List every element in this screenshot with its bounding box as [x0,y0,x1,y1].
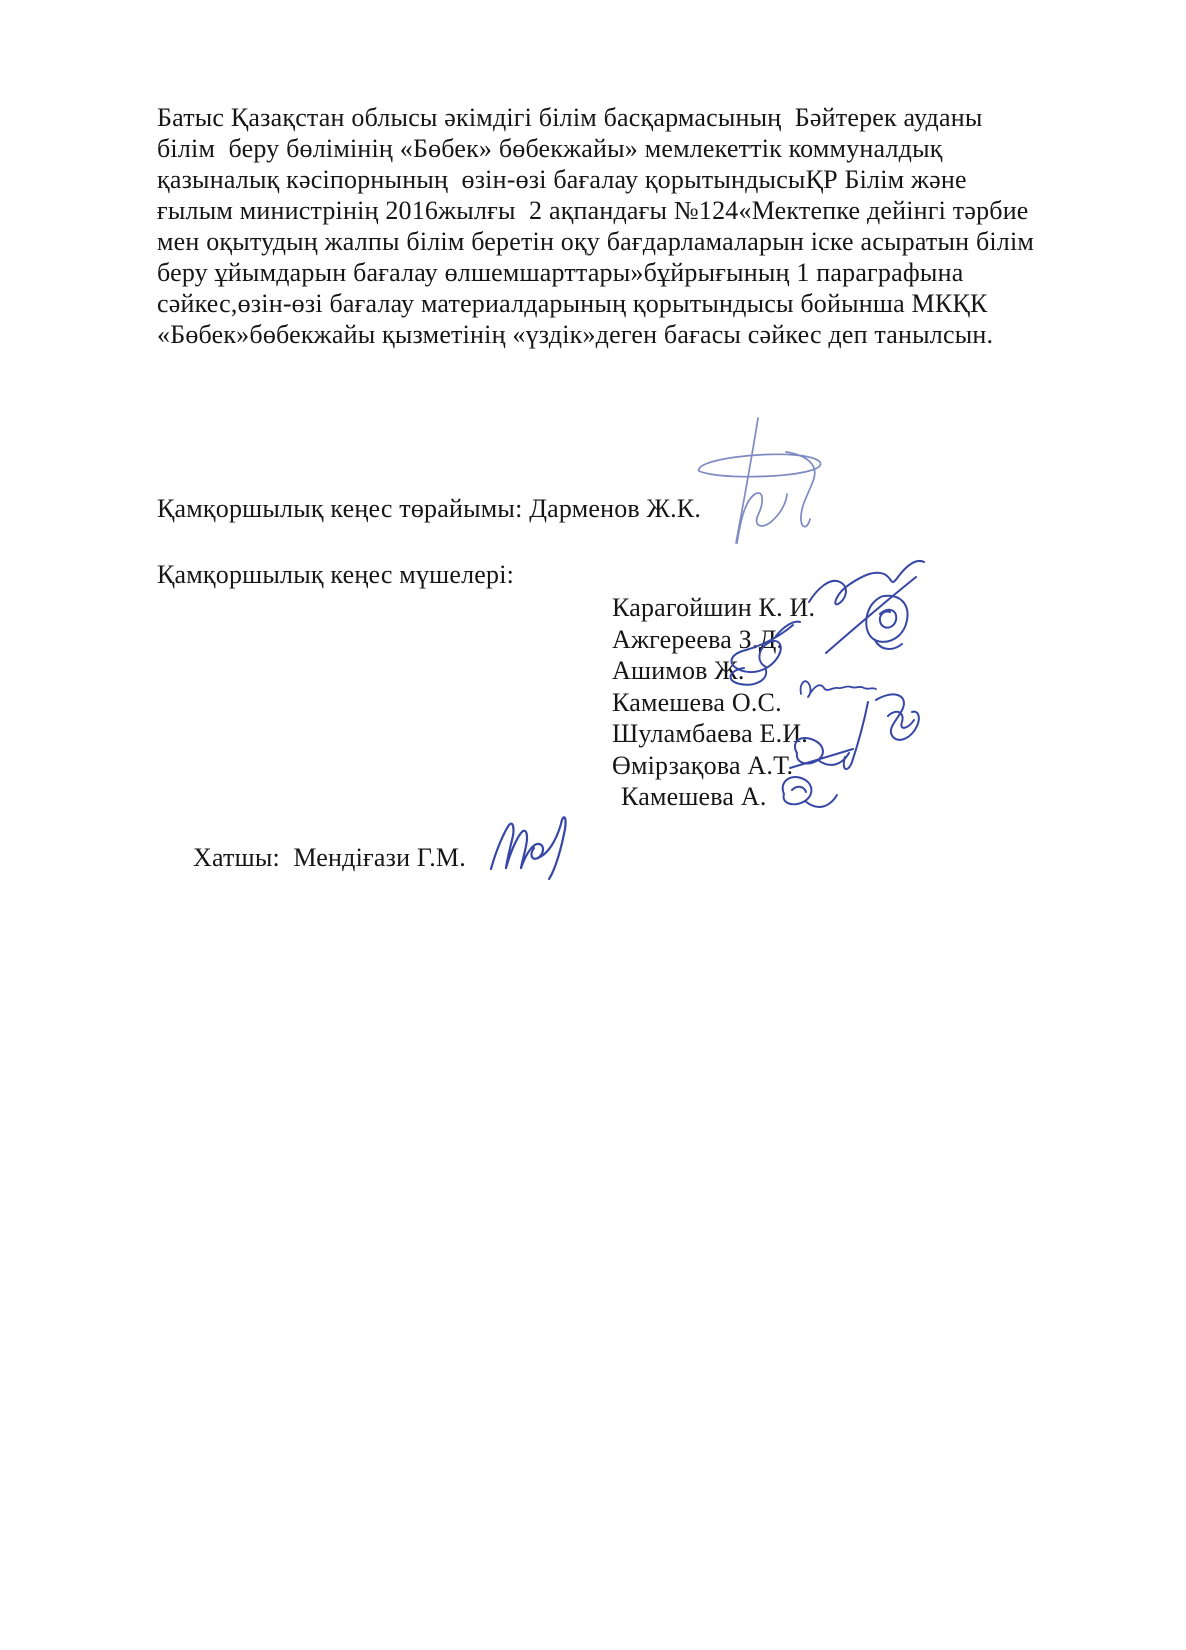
member-name: Камешева О.С. [612,687,815,719]
paragraph-line: беру ұйымдарын бағалау өлшемшарттары»бұй… [157,257,1147,288]
signature-karagoyshin-stroke-icon [826,577,916,653]
signature-mendigazy-stroke-icon [491,824,513,869]
paragraph-line: ғылым министрінің 2016жылғы 2 ақпандағы … [157,195,1147,226]
signature-mendigazy-stroke-icon [521,844,543,868]
signature-karagoyshin-stroke-icon [809,561,924,604]
signature-darmenov-stroke-icon [698,454,820,476]
main-paragraph: Батыс Қазақстан облысы әкімдігі білім ба… [157,102,1147,350]
member-name: Карагойшин К. И. [612,592,815,624]
paragraph-line: білім беру бөлімінің «Бөбек» бөбекжайы» … [157,133,1147,164]
signature-shulambayeva-stroke-icon [888,712,914,728]
paragraph-line: сәйкес,өзін-өзі бағалау материалдарының … [157,288,1147,319]
signature-shulambayeva-stroke-icon [876,694,919,739]
secretary-signature-line: Хатшы: Мендіғази Г.М. [193,843,466,873]
signature-karagoyshin-stroke-icon [875,640,902,649]
signature-darmenov-stroke-icon [736,418,758,543]
paragraph-line: Батыс Қазақстан облысы әкімдігі білім ба… [157,102,1147,133]
member-name: Өмірзақова А.Т. [612,750,815,782]
members-list: Карагойшин К. И. Ажгереева З.Д. Ашимов Ж… [612,592,815,813]
signature-darmenov-stroke-icon [737,493,787,543]
signature-mendigazy-stroke-icon [506,831,527,868]
members-heading: Қамқоршылық кеңес мүшелері: [157,560,514,590]
signature-mendigazy-stroke-icon [538,817,566,879]
paragraph-line: қазыналық кәсіпорнының өзін-өзі бағалау … [157,164,1147,195]
signature-karagoyshin-stroke-icon [866,596,907,642]
chairman-signature-line: Қамқоршылық кеңес төрайымы: Дарменов Ж.К… [157,494,701,524]
signature-karagoyshin-stroke-icon [880,610,896,628]
signature-darmenov-stroke-icon [786,452,815,527]
paragraph-line: мен оқытудың жалпы білім беретін оқу бағ… [157,226,1147,257]
paragraph-line: «Бөбек»бөбекжайы қызметінің «үздік»деген… [157,319,1147,350]
member-name: Ашимов Ж. [612,655,815,687]
signature-omirzakova-stroke-icon [818,753,849,765]
signature-shulambayeva-stroke-icon [844,702,868,769]
member-name: Камешева А. [612,781,815,813]
member-name: Шуламбаева Е.И. [612,718,815,750]
member-name: Ажгереева З.Д. [612,624,815,656]
scanned-document-page: Батыс Қазақстан облысы әкімдігі білім ба… [0,0,1186,1650]
